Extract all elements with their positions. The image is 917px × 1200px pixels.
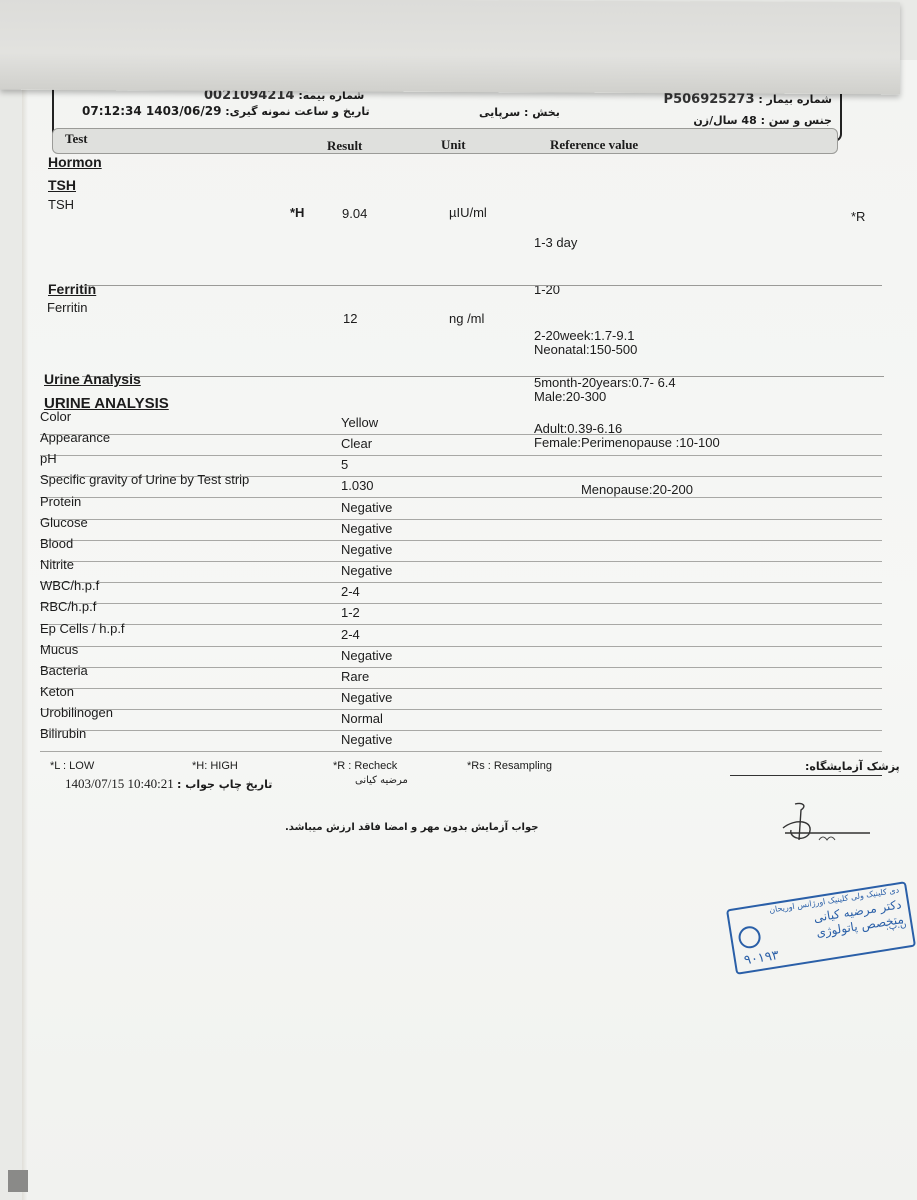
test-name-tsh: TSH — [48, 197, 74, 212]
test-name-ferritin: Ferritin — [47, 300, 87, 315]
table-row: Specific gravity of Urine by Test strip1… — [40, 477, 882, 498]
urine-test-result: Negative — [341, 521, 392, 536]
lab-physician-label: پزشک آزمایشگاه: — [805, 760, 900, 773]
urine-test-result: Rare — [341, 669, 369, 684]
legend-resampling: *Rs : Resampling — [467, 760, 552, 772]
group-ferritin: Ferritin — [48, 281, 96, 297]
urine-test-result: Yellow — [341, 415, 378, 430]
urine-test-name: Protein — [40, 494, 81, 509]
validity-note: جواب آزمایش بدون مهر و امضا فاقد ارزش می… — [285, 822, 538, 833]
patient-id-value: P506925273 — [664, 92, 755, 107]
sampling-datetime: تاریخ و ساعت نمونه گیری: 07:12:34 1403/0… — [82, 104, 370, 118]
table-row: RBC/h.p.f1-2 — [40, 604, 882, 625]
urine-test-name: pH — [40, 451, 57, 466]
result-tsh: 9.04 — [342, 206, 367, 221]
stamp-license-number: ۹۰۱۹۳ — [743, 948, 780, 968]
table-row: MucusNegative — [40, 647, 882, 668]
table-row: BilirubinNegative — [40, 731, 882, 752]
table-row: WBC/h.p.f2-4 — [40, 583, 882, 604]
urine-test-name: Bacteria — [40, 663, 88, 678]
urine-test-name: Bilirubin — [40, 726, 86, 741]
urine-test-result: Negative — [341, 500, 392, 515]
corner-mark — [8, 1170, 28, 1192]
unit-ferritin: ng /ml — [449, 311, 484, 326]
sampling-label: تاریخ و ساعت نمونه گیری: — [225, 105, 369, 118]
urine-test-result: 5 — [341, 457, 348, 472]
table-row: BacteriaRare — [40, 668, 882, 689]
urine-test-result: Clear — [341, 436, 372, 451]
signature-line — [730, 775, 882, 776]
ref-line: 1-20 — [534, 282, 676, 298]
urine-test-name: Urobilinogen — [40, 705, 113, 720]
table-row: Ep Cells / h.p.f2-4 — [40, 626, 882, 647]
stamp-license-label: ن.پ: — [885, 920, 907, 933]
sex-age: جنس و سن : 48 سال/زن — [693, 114, 832, 127]
folded-paper-overlay — [0, 0, 900, 94]
urine-test-result: 2-4 — [341, 584, 360, 599]
unit-tsh: µIU/ml — [449, 205, 487, 220]
urine-test-result: Normal — [341, 711, 383, 726]
urine-test-result: Negative — [341, 732, 392, 747]
ref-line: Neonatal:150-500 — [534, 342, 720, 358]
urine-test-result: Negative — [341, 690, 392, 705]
operator-name: مرضیه کیانی — [355, 775, 408, 786]
table-row: UrobilinogenNormal — [40, 710, 882, 731]
urine-test-result: 1.030 — [341, 478, 374, 493]
urine-test-result: Negative — [341, 542, 392, 557]
legend-high: *H: HIGH — [192, 760, 238, 772]
flag-high: *H — [290, 205, 304, 220]
sampling-value: 07:12:34 1403/06/29 — [82, 104, 221, 118]
urine-test-name: Ep Cells / h.p.f — [40, 621, 125, 636]
ward: بخش : سرپایی — [479, 106, 560, 119]
group-tsh: TSH — [48, 177, 76, 193]
urine-test-result: 2-4 — [341, 627, 360, 642]
print-date: تاریخ چاپ جواب : 1403/07/15 10:40:21 — [65, 776, 272, 792]
table-row: ProteinNegative — [40, 499, 882, 520]
urine-test-name: Glucose — [40, 515, 88, 530]
ward-label: بخش : — [524, 106, 560, 119]
urine-test-name: WBC/h.p.f — [40, 578, 99, 593]
urine-test-name: Appearance — [40, 430, 110, 445]
urine-test-name: Specific gravity of Urine by Test strip — [40, 472, 249, 487]
section-hormon: Hormon — [48, 154, 102, 170]
result-ferritin: 12 — [343, 311, 357, 326]
urine-test-name: RBC/h.p.f — [40, 599, 96, 614]
urine-test-name: Color — [40, 409, 71, 424]
print-date-value: 1403/07/15 10:40:21 — [65, 776, 174, 791]
ref-line: 1-3 day — [534, 235, 676, 251]
urine-test-name: Keton — [40, 684, 74, 699]
ward-value: سرپایی — [479, 106, 520, 119]
urine-test-name: Blood — [40, 536, 73, 551]
table-row: ColorYellow — [40, 414, 882, 435]
table-row: GlucoseNegative — [40, 520, 882, 541]
table-row: KetonNegative — [40, 689, 882, 710]
legend-low: *L : LOW — [50, 760, 94, 772]
patient-id-label: شماره بیمار : — [758, 93, 832, 106]
column-result: Result — [327, 138, 362, 154]
column-test: Test — [65, 131, 88, 147]
table-row: BloodNegative — [40, 541, 882, 562]
column-reference: Reference value — [550, 137, 638, 153]
urine-test-result: 1-2 — [341, 605, 360, 620]
legend-recheck: *R : Recheck — [333, 760, 397, 772]
urine-test-result: Negative — [341, 563, 392, 578]
urine-test-name: Nitrite — [40, 557, 74, 572]
divider — [82, 376, 884, 377]
urine-test-name: Mucus — [40, 642, 78, 657]
print-date-label: تاریخ چاپ جواب : — [177, 778, 272, 791]
table-row: NitriteNegative — [40, 562, 882, 583]
row-divider — [40, 751, 882, 752]
table-row: AppearanceClear — [40, 435, 882, 456]
column-header-bar: Test Result Unit Reference value — [52, 128, 838, 154]
bleed-through-text — [3, 27, 13, 44]
page-edge — [22, 60, 28, 1200]
ref-line: Male:20-300 — [534, 389, 720, 405]
sex-age-label: جنس و سن : — [761, 114, 832, 127]
physician-signature — [775, 800, 875, 850]
divider — [84, 285, 882, 286]
section-urine-analysis: Urine Analysis — [44, 371, 141, 387]
note-recheck: *R — [851, 209, 865, 224]
patient-id: شماره بیمار : P506925273 — [664, 92, 832, 107]
clinic-logo-icon — [737, 925, 762, 950]
urine-test-result: Negative — [341, 648, 392, 663]
sex-age-value: 48 سال/زن — [693, 114, 756, 127]
column-unit: Unit — [441, 137, 466, 153]
